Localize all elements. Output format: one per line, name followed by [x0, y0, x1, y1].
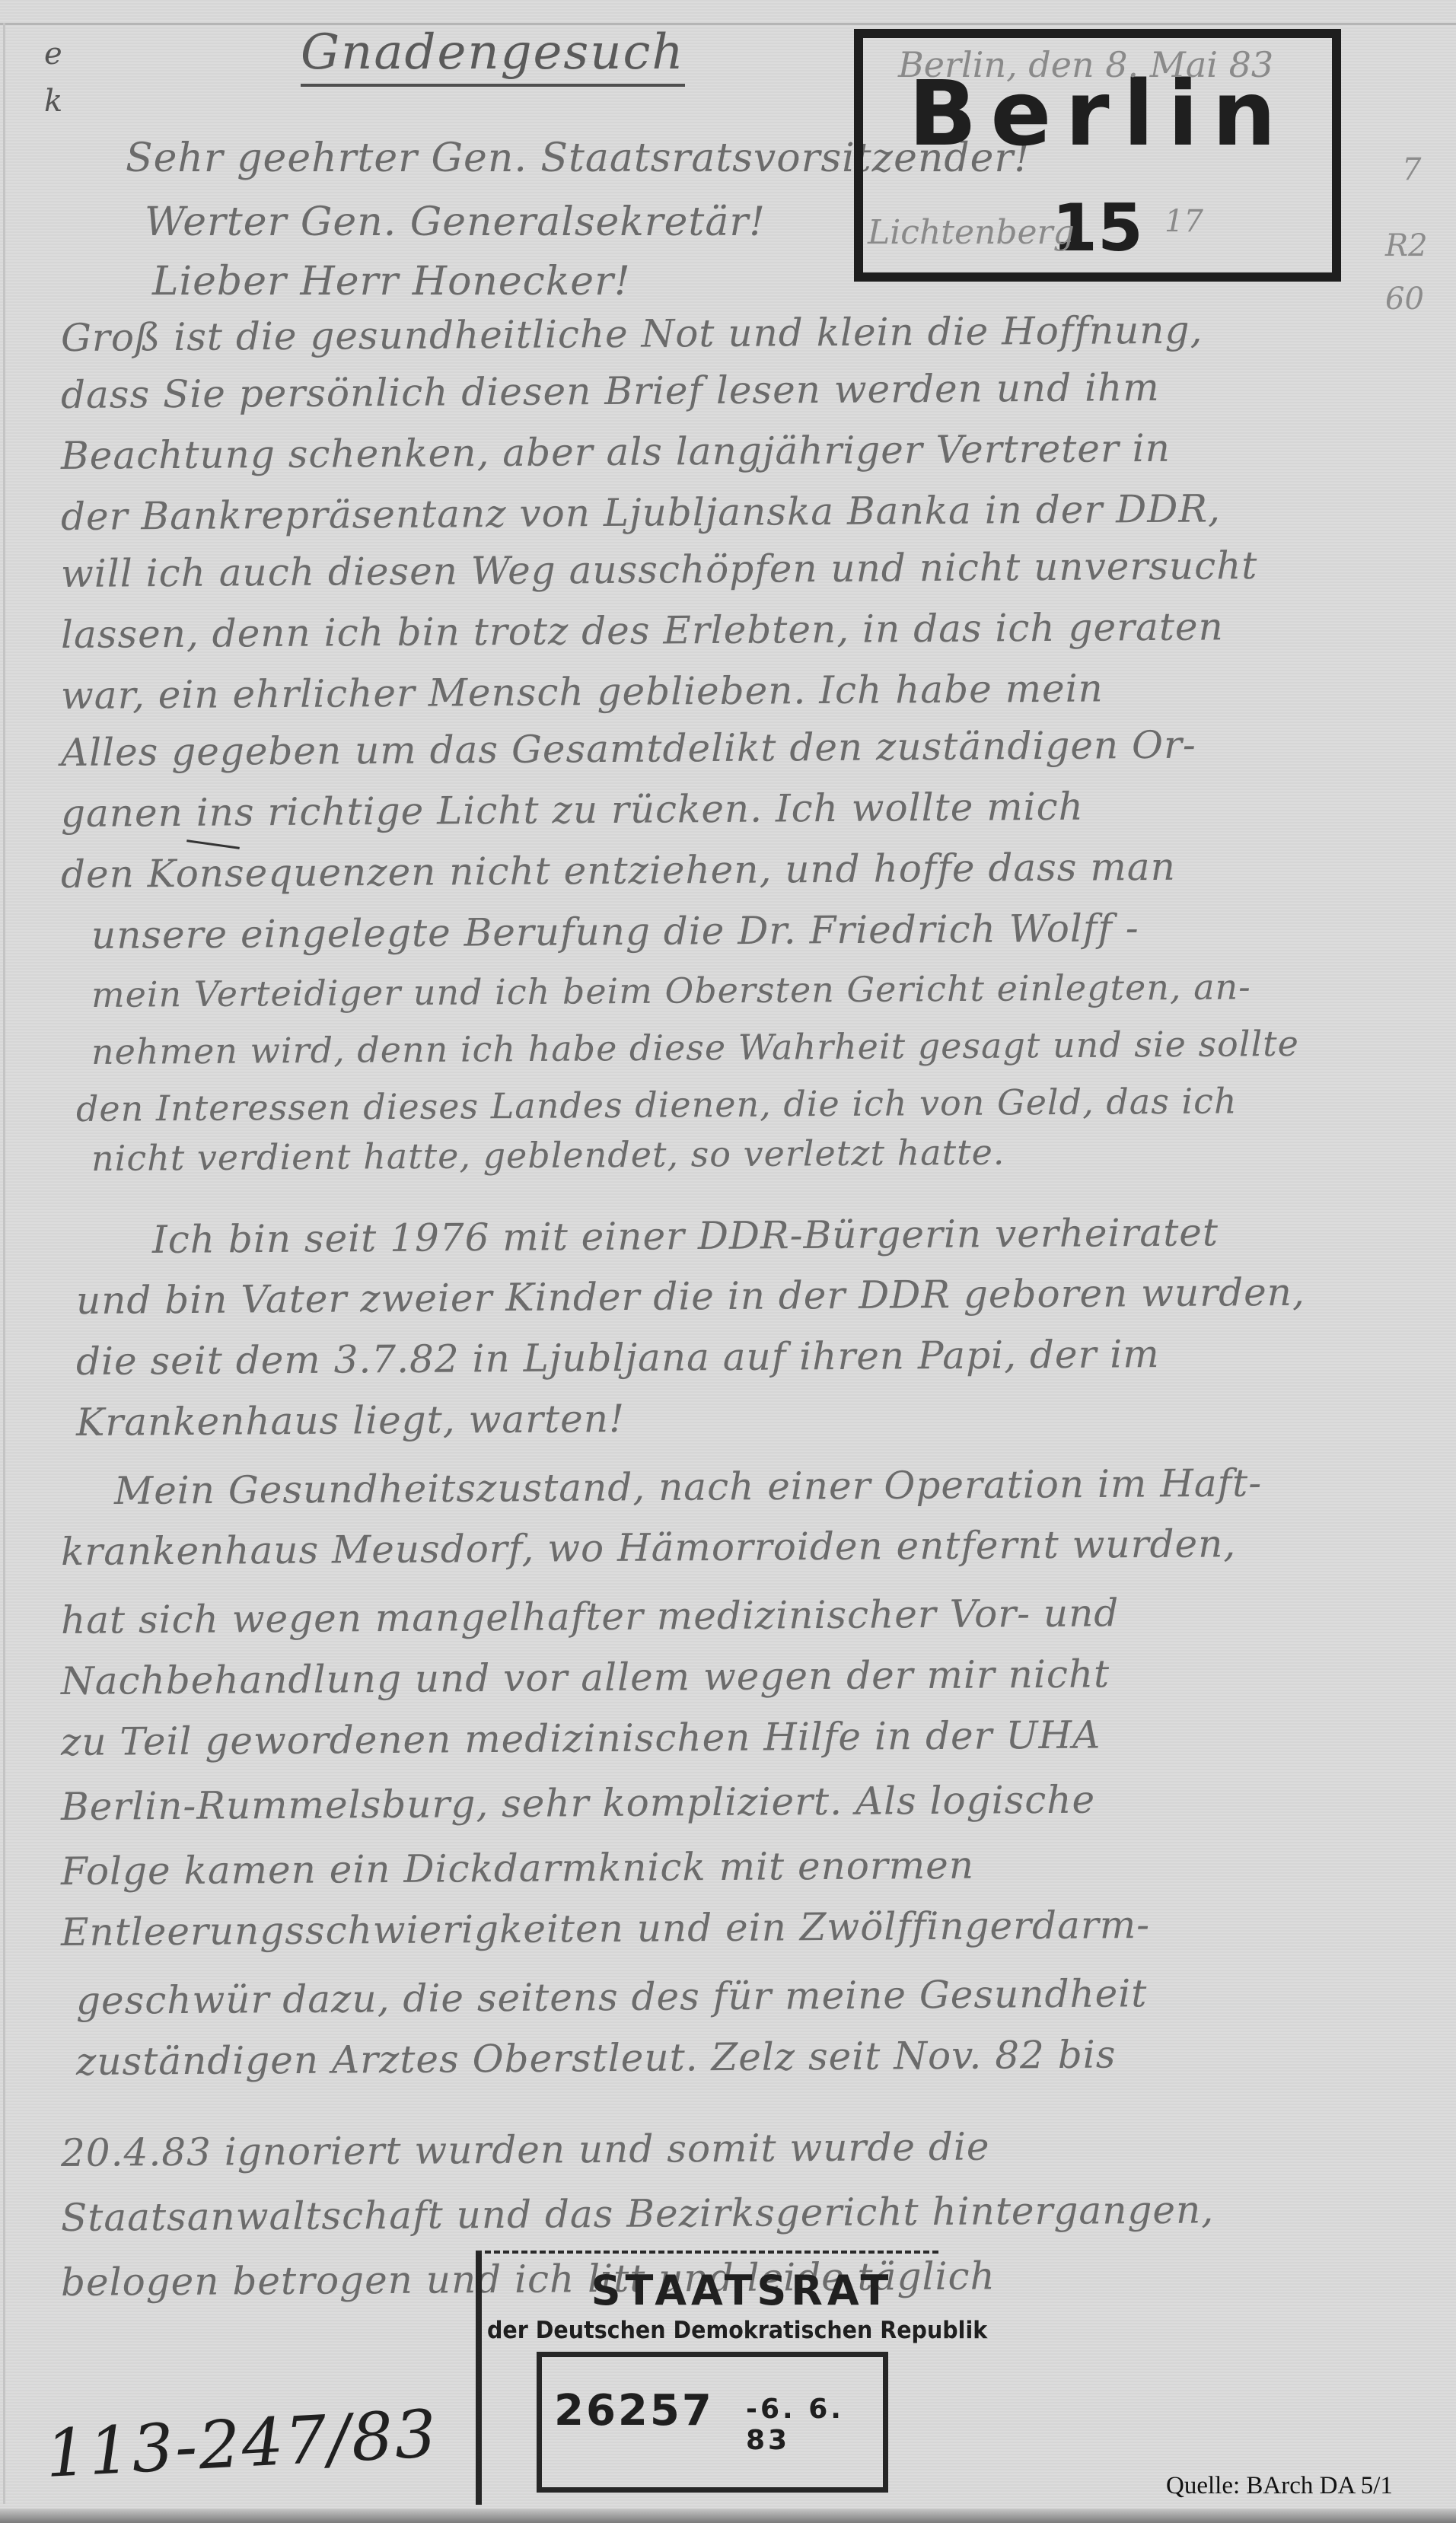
staatsrat-stamp-inner-box: 26257 -6. 6. 83 [537, 2352, 888, 2493]
source-caption: Quelle: BArch DA 5/1 [1166, 2472, 1393, 2500]
body-line: Staatsanwaltschaft und das Bezirksgerich… [61, 2187, 1215, 2240]
staatsrat-stamp-subtitle: der Deutschen Demokratischen Republik [487, 2317, 987, 2344]
receipt-date: -6. 6. 83 [746, 2394, 883, 2456]
body-line: Alles gegeben um das Gesamtdelikt den zu… [61, 723, 1196, 775]
stamp-handwritten-date: Berlin, den 8. Mai 83 [898, 44, 1273, 85]
staatsrat-stamp-title: STAATSRAT [578, 2267, 906, 2314]
body-line: zuständigen Arztes Oberstleut. Zelz seit… [76, 2032, 1117, 2084]
stamp-handwritten-extra: 17 [1164, 204, 1203, 239]
body-line: ganen ins richtige Licht zu rücken. Ich … [61, 785, 1084, 836]
stamp-handwritten-district: Lichtenberg [868, 213, 1075, 252]
body-line: lassen, denn ich bin trotz des Erlebten,… [61, 604, 1224, 657]
side-note: R2 [1385, 228, 1428, 263]
registration-number: 26257 [554, 2386, 714, 2435]
body-line: Folge kamen ein Dickdarmknick mit enorme… [61, 1843, 974, 1894]
body-line: Ich bin seit 1976 mit einer DDR-Bürgerin… [152, 1210, 1219, 1262]
body-line: den Konsequenzen nicht entziehen, und ho… [61, 845, 1176, 897]
body-line: Entleerungsschwierigkeiten und ein Zwölf… [61, 1903, 1150, 1954]
left-edge-line [3, 23, 5, 2504]
body-line: zu Teil gewordenen medizinischen Hilfe i… [61, 1712, 1101, 1764]
document-title: Gnadengesuch [301, 24, 685, 87]
body-line: Mein Gesundheitszustand, nach einer Oper… [114, 1461, 1263, 1513]
body-line: 20.4.83 ignoriert wurden und somit wurde… [61, 2124, 990, 2175]
body-line: will ich auch diesen Weg ausschöpfen und… [61, 543, 1258, 596]
margin-mark-e: e [44, 37, 62, 72]
body-line: geschwür dazu, die seitens des für meine… [76, 1971, 1148, 2023]
page-bottom-shadow [0, 2509, 1456, 2523]
body-line: der Bankrepräsentanz von Ljubljanska Ban… [61, 486, 1221, 539]
body-line: Krankenhaus liegt, warten! [76, 1397, 625, 1445]
salutation-line: Werter Gen. Generalsekretär! [145, 199, 766, 245]
body-line: Beachtung schenken, aber als langjährige… [61, 426, 1171, 478]
body-line: nehmen wird, denn ich habe diese Wahrhei… [91, 1023, 1299, 1072]
body-line: nicht verdient hatte, geblendet, so verl… [91, 1132, 1005, 1179]
body-line: und bin Vater zweier Kinder die in der D… [76, 1270, 1305, 1323]
margin-mark-k: k [44, 84, 62, 119]
top-edge-line [0, 23, 1456, 25]
side-note: 7 [1402, 152, 1421, 187]
body-line: krankenhaus Meusdorf, wo Hämorroiden ent… [61, 1521, 1237, 1574]
side-note: 60 [1385, 282, 1424, 317]
body-line: Groß ist die gesundheitliche Not und kle… [61, 308, 1203, 360]
body-line: unsere eingelegte Berufung die Dr. Fried… [91, 906, 1139, 957]
body-line: dass Sie persönlich diesen Brief lesen w… [61, 365, 1160, 417]
body-line: hat sich wegen mangelhafter medizinische… [61, 1591, 1120, 1642]
body-line: war, ein ehrlicher Mensch geblieben. Ich… [61, 666, 1104, 718]
body-line: mein Verteidiger und ich beim Obersten G… [91, 966, 1251, 1015]
body-line: den Interessen dieses Landes dienen, die… [76, 1080, 1238, 1129]
body-line: Nachbehandlung und vor allem wegen der m… [61, 1652, 1110, 1703]
salutation-line: Lieber Herr Honecker! [152, 259, 631, 304]
body-line: die seit dem 3.7.82 in Ljubljana auf ihr… [76, 1332, 1160, 1384]
body-line: Berlin-Rummelsburg, sehr kompliziert. Al… [61, 1778, 1095, 1829]
